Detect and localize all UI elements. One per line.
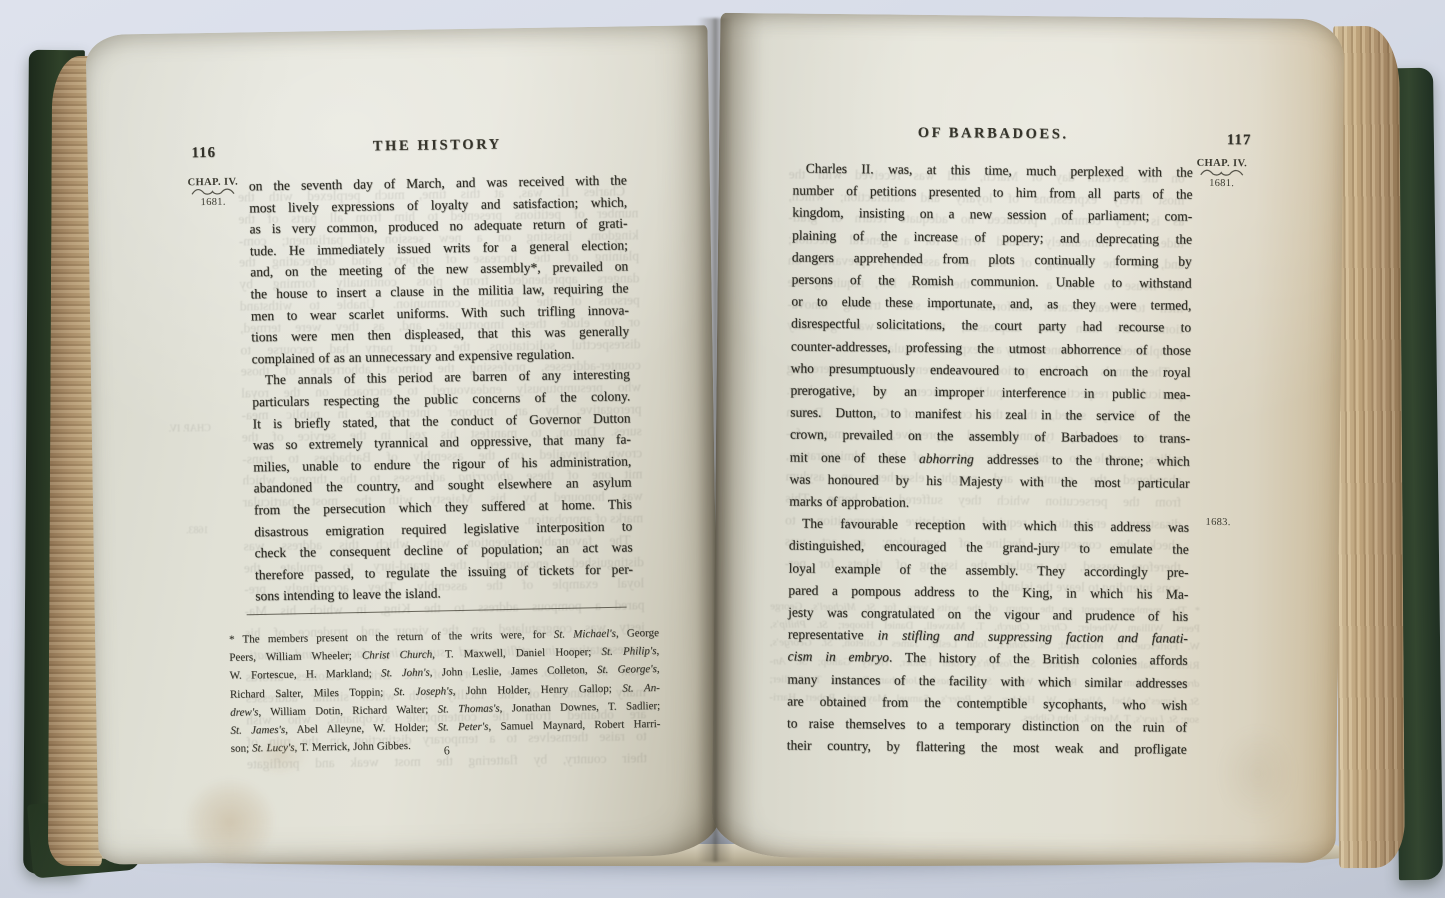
margin-year-label: 1683. [1187,517,1249,529]
show-through-margin-year: 1683. [177,525,217,537]
running-head-left: THE HISTORY [248,134,626,157]
margin-note-left: CHAP. IV. 1681. [183,176,243,208]
margin-note-year-1683: 1683. [1187,516,1249,529]
page-number-left: 116 [191,145,216,162]
page-edges-right [1333,26,1405,868]
page-number-right: 117 [1217,132,1261,149]
running-head-right: OF BARBADOES. [793,124,1193,145]
gutter-shadow [697,18,733,862]
footnote-rule [247,607,627,616]
body-text-left: on the seventh day of March, and was rec… [249,169,634,607]
page-left: Charles II. was, at this time, much perp… [86,25,721,865]
text-line: their country, by flattering the most we… [787,735,1187,761]
page-stain [179,774,280,871]
margin-year-label: 1681. [183,196,243,208]
book-photo: Charles II. was, at this time, much perp… [0,0,1445,898]
margin-chapter-label: CHAP. IV. [1191,158,1253,170]
text-line: sons intending to leave the island. [255,580,633,608]
show-through-margin-chapter: CHAP. IV. [160,423,220,435]
page-stain [1212,718,1303,829]
footnote-text: * The members present on the return of t… [229,624,661,758]
margin-year-label: 1681. [1191,178,1253,190]
page-right: on the seventh day of March, and was rec… [712,13,1345,863]
margin-chapter-label: CHAP. IV. [183,176,243,188]
body-text-right: Charles II. was, at this time, much perp… [787,158,1193,762]
margin-note-right: CHAP. IV. 1681. [1191,158,1253,190]
